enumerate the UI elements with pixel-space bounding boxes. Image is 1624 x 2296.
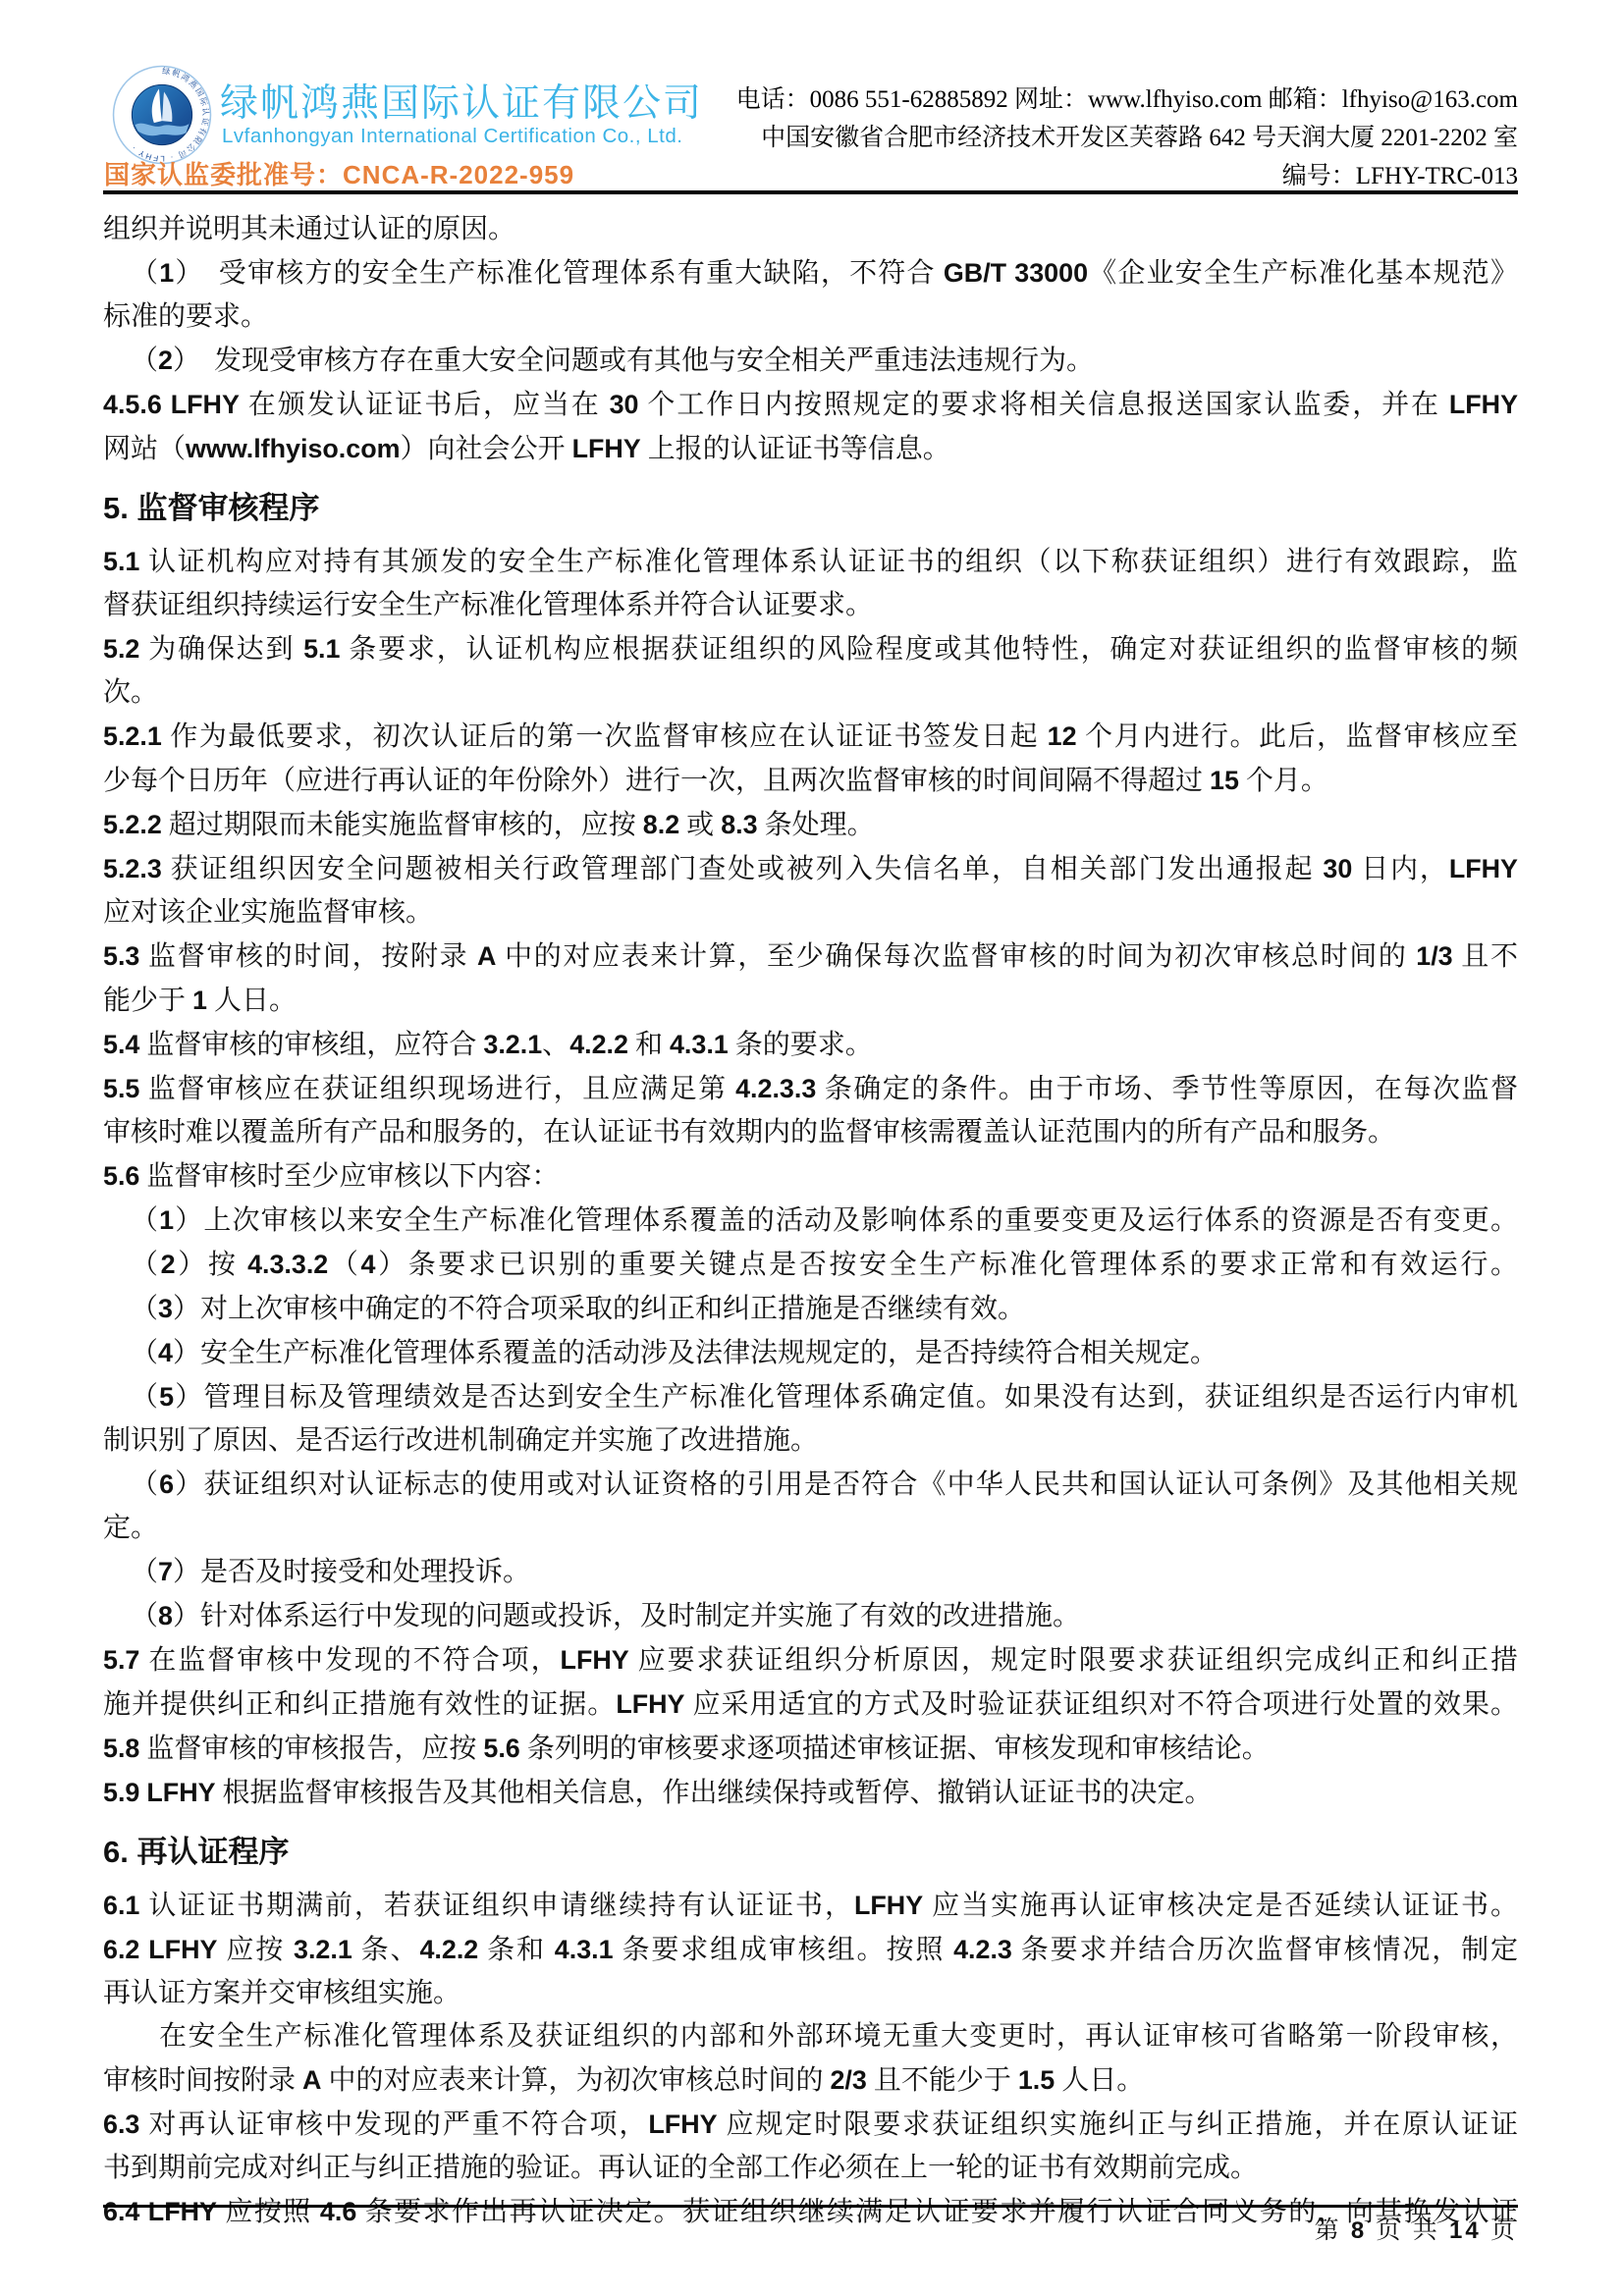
approval-label: 国家认监委批准号： xyxy=(104,160,343,189)
body-line: （2） 发现受审核方存在重大安全问题或有其他与安全相关严重违法违规行为。 xyxy=(103,339,1518,383)
section-heading: 5. 监督审核程序 xyxy=(103,487,1518,530)
document-page: 绿帆鸿燕国际认证有限公司 · LFHY · 绿帆鸿燕国际认证有限公司 Lvfan… xyxy=(0,0,1624,2296)
body-line: 5.2 为确保达到 5.1 条要求，认证机构应根据获证组织的风险程度或其他特性，… xyxy=(103,627,1518,671)
body-line: 5.3 监督审核的时间，按附录 A 中的对应表来计算，至少确保每次监督审核的时间… xyxy=(103,934,1518,979)
body-line: 次。 xyxy=(103,671,1518,715)
body-line: 5.7 在监督审核中发现的不符合项，LFHY 应要求获证组织分析原因，规定时限要… xyxy=(103,1638,1518,1682)
body-line: 6.2 LFHY 应按 3.2.1 条、4.2.2 条和 4.3.1 条要求组成… xyxy=(103,1928,1518,1972)
body-line: 5.8 监督审核的审核报告，应按 5.6 条列明的审核要求逐项描述审核证据、审核… xyxy=(103,1727,1518,1771)
company-logo-icon: 绿帆鸿燕国际认证有限公司 · LFHY · xyxy=(112,65,212,165)
body-line: 施并提供纠正和纠正措施有效性的证据。LFHY 应采用适宜的方式及时验证获证组织对… xyxy=(103,1682,1518,1727)
company-name-cn: 绿帆鸿燕国际认证有限公司 xyxy=(220,73,703,128)
body-line: 定。 xyxy=(103,1507,1518,1550)
body-line: 5.2.1 作为最低要求，初次认证后的第一次监督审核应在认证证书签发日起 12 … xyxy=(103,715,1518,759)
body-line: 制识别了原因、是否运行改进机制确定并实施了改进措施。 xyxy=(103,1419,1518,1463)
address-line: 中国安徽省合肥市经济技术开发区芙蓉路 642 号天润大厦 2201-2202 室 xyxy=(736,119,1518,157)
body-line: 5.1 认证机构应对持有其颁发的安全生产标准化管理体系认证证书的组织（以下称获证… xyxy=(103,540,1518,584)
section-heading: 6. 再认证程序 xyxy=(103,1831,1518,1874)
body-line: 少每个日历年（应进行再认证的年份除外）进行一次，且两次监督审核的时间间隔不得超过… xyxy=(103,759,1518,803)
body-line: （1）上次审核以来安全生产标准化管理体系覆盖的活动及影响体系的重要变更及运行体系… xyxy=(103,1199,1518,1243)
body-line: 审核时难以覆盖所有产品和服务的，在认证证书有效期内的监督审核需覆盖认证范围内的所… xyxy=(103,1111,1518,1154)
body-line: 5.2.3 获证组织因安全问题被相关行政管理部门查处或被列入失信名单，自相关部门… xyxy=(103,847,1518,891)
body-line: 5.4 监督审核的审核组，应符合 3.2.1、4.2.2 和 4.3.1 条的要… xyxy=(103,1023,1518,1067)
header-divider xyxy=(103,190,1518,194)
header-contact-block: 电话：0086 551-62885892 网址：www.lfhyiso.com … xyxy=(736,80,1518,195)
body-line: （6）获证组织对认证标志的使用或对认证资格的引用是否符合《中华人民共和国认证认可… xyxy=(103,1463,1518,1507)
approval-number: CNCA-R-2022-959 xyxy=(343,160,574,189)
approval-number-line: 国家认监委批准号：CNCA-R-2022-959 xyxy=(104,155,574,191)
body-line: 6.3 对再认证审核中发现的严重不符合项，LFHY 应规定时限要求获证组织实施纠… xyxy=(103,2103,1518,2147)
contact-line: 电话：0086 551-62885892 网址：www.lfhyiso.com … xyxy=(736,80,1518,119)
body-line: 标准的要求。 xyxy=(103,295,1518,339)
body-line: 5.5 监督审核应在获证组织现场进行，且应满足第 4.2.3.3 条确定的条件。… xyxy=(103,1067,1518,1111)
body-line: 在安全生产标准化管理体系及获证组织的内部和外部环境无重大变更时，再认证审核可省略… xyxy=(103,2015,1518,2058)
page-footer: 第 8 页 共 14 页 xyxy=(103,2211,1518,2246)
body-line: 4.5.6 LFHY 在颁发认证证书后，应当在 30 个工作日内按照规定的要求将… xyxy=(103,383,1518,427)
body-line: 能少于 1 人日。 xyxy=(103,979,1518,1023)
document-body: 组织并说明其未通过认证的原因。（1） 受审核方的安全生产标准化管理体系有重大缺陷… xyxy=(103,208,1518,2234)
body-line: 书到期前完成对纠正与纠正措施的验证。再认证的全部工作必须在上一轮的证书有效期前完… xyxy=(103,2147,1518,2190)
body-line: 5.9 LFHY 根据监督审核报告及其他相关信息，作出继续保持或暂停、撤销认证证… xyxy=(103,1771,1518,1815)
body-line: 5.6 监督审核时至少应审核以下内容： xyxy=(103,1154,1518,1199)
body-line: （8）针对体系运行中发现的问题或投诉，及时制定并实施了有效的改进措施。 xyxy=(103,1594,1518,1638)
body-line: 审核时间按附录 A 中的对应表来计算，为初次审核总时间的 2/3 且不能少于 1… xyxy=(103,2058,1518,2103)
body-line: 督获证组织持续运行安全生产标准化管理体系并符合认证要求。 xyxy=(103,584,1518,627)
body-line: （7）是否及时接受和处理投诉。 xyxy=(103,1550,1518,1594)
body-line: （5）管理目标及管理绩效是否达到安全生产标准化管理体系确定值。如果没有达到，获证… xyxy=(103,1375,1518,1419)
body-line: 6.1 认证证书期满前，若获证组织申请继续持有认证证书，LFHY 应当实施再认证… xyxy=(103,1884,1518,1928)
body-line: 再认证方案并交审核组实施。 xyxy=(103,1972,1518,2015)
body-line: （4）安全生产标准化管理体系覆盖的活动涉及法律法规规定的，是否持续符合相关规定。 xyxy=(103,1331,1518,1375)
body-line: （1） 受审核方的安全生产标准化管理体系有重大缺陷，不符合 GB/T 33000… xyxy=(103,251,1518,295)
body-line: 应对该企业实施监督审核。 xyxy=(103,891,1518,934)
page-number: 第 8 页 共 14 页 xyxy=(1315,2217,1518,2244)
body-line: （3）对上次审核中确定的不符合项采取的纠正和纠正措施是否继续有效。 xyxy=(103,1287,1518,1331)
footer-divider xyxy=(103,2205,1518,2208)
body-line: 5.2.2 超过期限而未能实施监督审核的，应按 8.2 或 8.3 条处理。 xyxy=(103,803,1518,847)
body-line: 网站（www.lfhyiso.com）向社会公开 LFHY 上报的认证证书等信息… xyxy=(103,427,1518,471)
company-name-en: Lvfanhongyan International Certification… xyxy=(222,125,682,148)
body-line: （2）按 4.3.3.2（4）条要求已识别的重要关键点是否按安全生产标准化管理体… xyxy=(103,1243,1518,1287)
body-line: 组织并说明其未通过认证的原因。 xyxy=(103,208,1518,251)
logo-globe xyxy=(132,84,191,144)
